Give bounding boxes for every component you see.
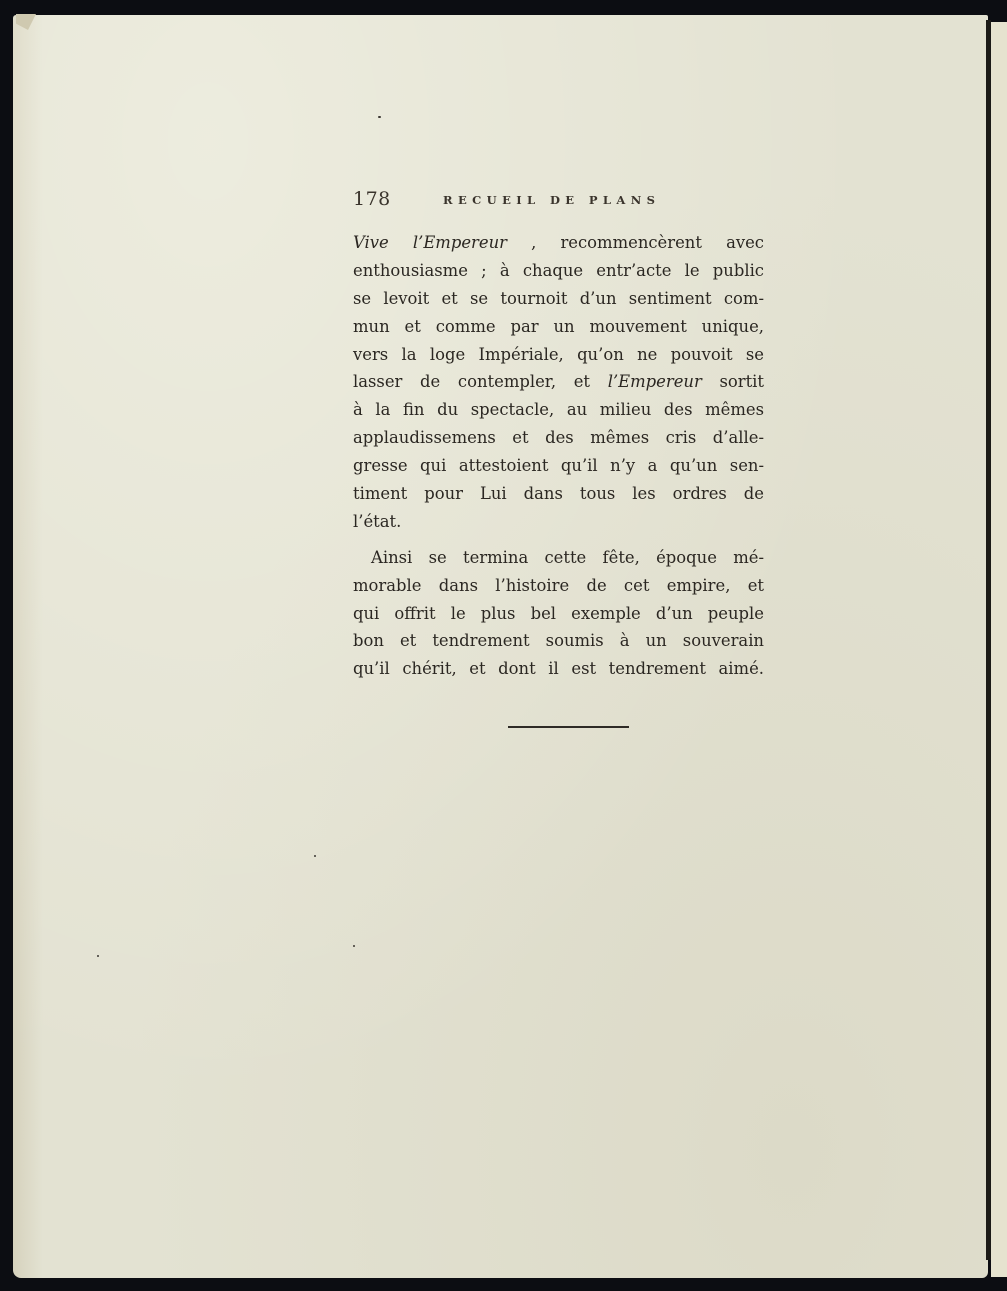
text-line: bon et tendrement soumis à un souverain xyxy=(353,627,764,655)
italic-phrase: Vive l’Empereur xyxy=(353,233,507,252)
text-line: enthousiasme ; à chaque entr’acte le pub… xyxy=(353,257,764,285)
paper-speck xyxy=(353,945,355,947)
page-number: 178 xyxy=(353,188,391,210)
adjacent-page-edge xyxy=(991,22,1007,1277)
text-line: qui offrit le plus bel exemple d’un peup… xyxy=(353,600,764,628)
text-line: gresse qui attestoient qu’il n’y a qu’un… xyxy=(353,452,764,480)
text-line: à la fin du spectacle, au milieu des mêm… xyxy=(353,396,764,424)
text-line: applaudissemens et des mêmes cris d’alle… xyxy=(353,424,764,452)
italic-phrase: l’Empereur xyxy=(608,372,702,391)
text-line: timent pour Lui dans tous les ordres de xyxy=(353,480,764,508)
text-line: se levoit et se tournoit d’un sentiment … xyxy=(353,285,764,313)
paper-speck xyxy=(314,855,316,857)
text-line: l’état. xyxy=(353,508,764,536)
text-line: Vive l’Empereur , recommencèrent avec xyxy=(353,229,764,257)
page-header: 178 RECUEIL DE PLANS xyxy=(353,188,773,214)
text-line: mun et comme par un mouvement unique, xyxy=(353,313,764,341)
text-line: vers la loge Impériale, qu’on ne pouvoit… xyxy=(353,341,764,369)
running-title: RECUEIL DE PLANS xyxy=(443,193,660,207)
body-text: Vive l’Empereur , recommencèrent avec en… xyxy=(353,229,764,683)
section-end-rule xyxy=(508,726,629,728)
text-line: qu’il chérit, et dont il est tendrement … xyxy=(353,655,764,683)
paper-speck xyxy=(97,955,99,957)
paragraph-gap xyxy=(353,536,764,544)
text-line: morable dans l’histoire de cet empire, e… xyxy=(353,572,764,600)
text-line: lasser de contempler, et l’Empereur sort… xyxy=(353,368,764,396)
text-line: Ainsi se termina cette fête, époque mé- xyxy=(353,544,764,572)
paper-speck xyxy=(378,116,381,118)
